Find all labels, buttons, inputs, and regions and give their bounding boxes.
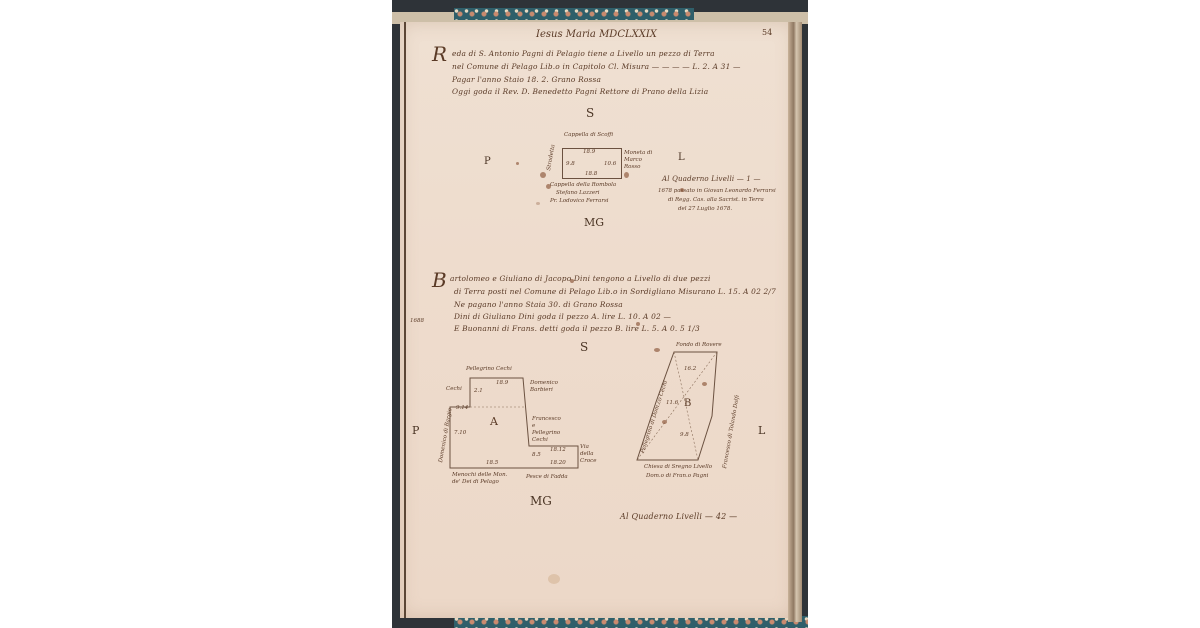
ink-stain (540, 172, 546, 178)
plot-b-measure: 11.6 (666, 400, 678, 406)
plot-a-measure: 18.5 (486, 460, 498, 466)
plot-a-measure: 2.1 (474, 388, 483, 394)
ink-stain (680, 188, 684, 192)
plot-b-top-label: Fondo di Rovere (676, 342, 722, 348)
plot-b-measure: 16.2 (684, 366, 696, 372)
ink-stain (536, 202, 540, 205)
marbled-endpaper-top (454, 8, 694, 20)
plot-a-far-right-label: Via della Croce (580, 444, 602, 465)
plot-a-measure: 9.14 (456, 405, 468, 411)
plot-b-letter: B (684, 398, 691, 409)
plot-a-measure: 18.12 (550, 447, 566, 453)
plot-a-measure: 18.9 (496, 380, 508, 386)
water-stain (548, 574, 560, 584)
plot-a-bottom-left-label: Menochi delle Mon. de' Dei di Pelago (452, 472, 512, 486)
ink-stain (702, 382, 707, 386)
ink-stain (662, 420, 667, 424)
plot-a-measure: 8.5 (532, 452, 541, 458)
ink-stain (654, 348, 660, 352)
entry2-note: Al Quaderno Livelli — 42 — (620, 512, 737, 521)
ink-stain (570, 279, 574, 283)
plot-a-top-label: Pellegrino Cechi (466, 366, 512, 372)
plot-a-top-right-label: Domenico Barbieri (530, 380, 558, 394)
ink-stain (546, 184, 551, 189)
plot-a-letter: A (490, 415, 498, 428)
ink-stain (516, 162, 519, 165)
plot-b-measure: 9.8 (680, 432, 689, 438)
plot-a-top-left-label: Cechi (446, 386, 462, 392)
plot-b-bottom-label: Chiesa di Sregno Livello (644, 464, 712, 470)
ink-stain (624, 172, 629, 178)
plot-a-right-label: Francesco e Pellegrino Cechi (532, 416, 564, 444)
plot-a-outline (400, 22, 794, 618)
manuscript-scan: Iesus Maria MDCLXXIX 54 R eda di S. Anto… (392, 0, 808, 628)
plot-b-bottom-label: Dom.o di Fran.o Pagni (646, 473, 708, 479)
ink-stain (636, 322, 640, 326)
plot-a-bottom-right-label: Pesce di Fadda (526, 474, 568, 480)
plot-a-measure: 7.10 (454, 430, 466, 436)
manuscript-page: Iesus Maria MDCLXXIX 54 R eda di S. Anto… (400, 22, 794, 618)
plot-a-measure: 18.20 (550, 460, 566, 466)
